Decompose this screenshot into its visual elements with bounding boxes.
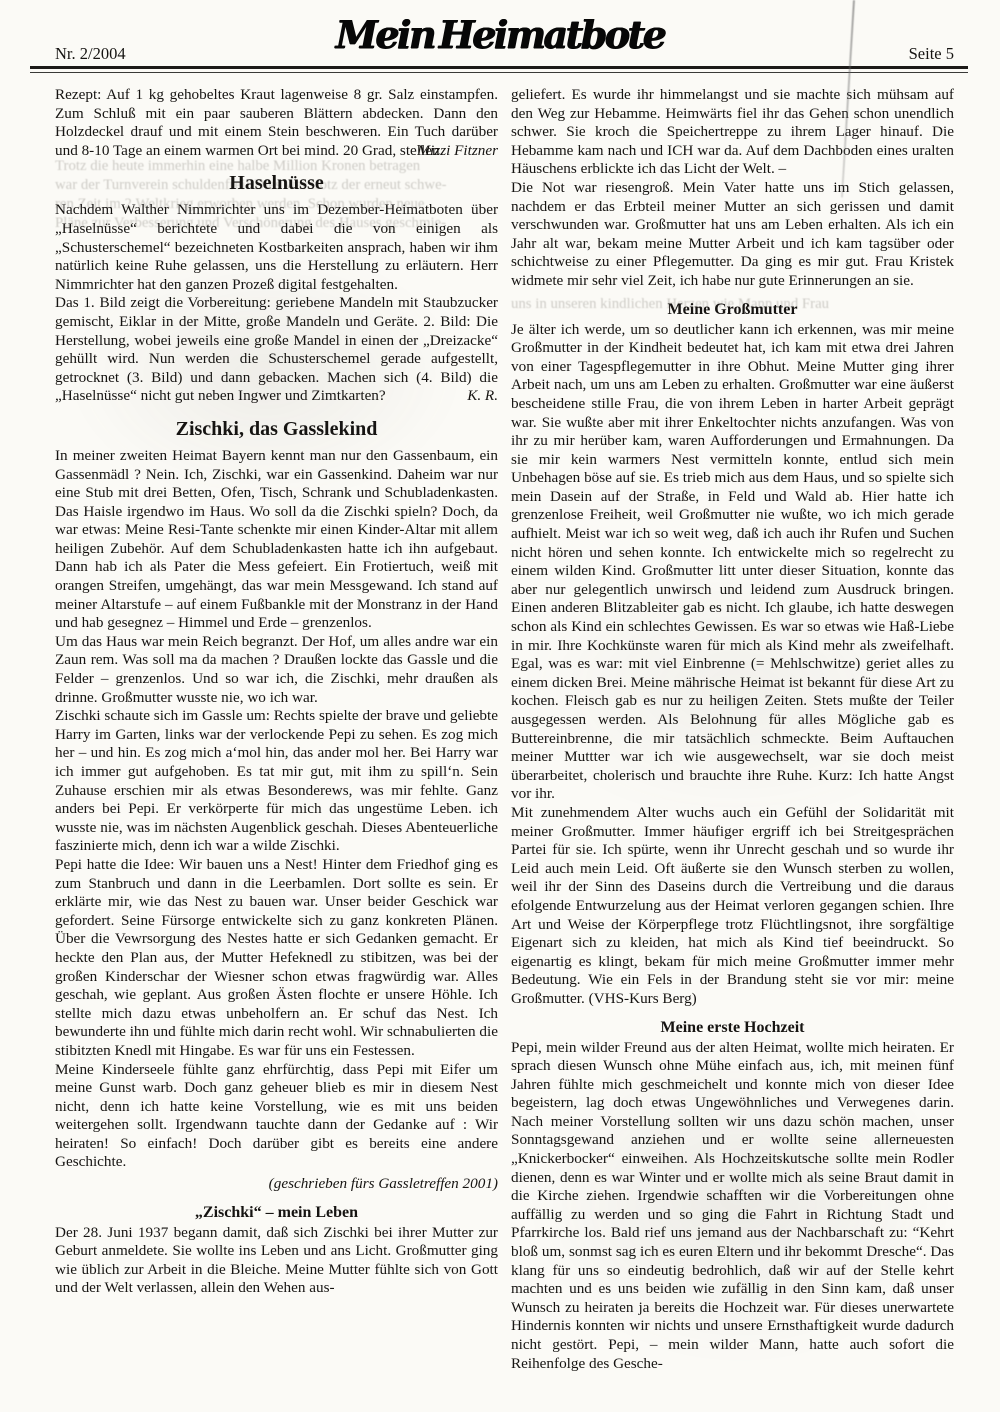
article-paragraph: Zischki schaute sich im Gassle um: Recht…	[55, 707, 498, 856]
header-rule-thick	[30, 66, 968, 69]
article-paragraph: geliefert. Es wurde ihr himmelangst und …	[511, 86, 954, 179]
section-heading-haselnuesse: Haselnüsse	[55, 171, 498, 195]
article-paragraph: Je älter ich werde, um so deutlicher kan…	[511, 321, 954, 804]
article-paragraph: Um das Haus war mein Reich begranzt. Der…	[55, 633, 498, 707]
right-column: geliefert. Es wurde ihr himmelangst und …	[511, 86, 954, 1402]
left-column: Rezept: Auf 1 kg gehobeltes Kraut lagenw…	[55, 86, 498, 1402]
article-paragraph: In meiner zweiten Heimat Bayern kennt ma…	[55, 447, 498, 633]
article-paragraph: Pepi, mein wilder Freund aus der alten H…	[511, 1039, 954, 1374]
article-paragraph: Die Not war riesengroß. Mein Vater hatte…	[511, 179, 954, 291]
section-heading-zischki-gasslekind: Zischki, das Gasslekind	[55, 417, 498, 441]
article-paragraph: Mit zunehmendem Alter wuchs auch ein Gef…	[511, 804, 954, 1009]
section-heading-meine-erste-hochzeit: Meine erste Hochzeit	[511, 1018, 954, 1037]
article-paragraph: Nachdem Walther Nimmrichter uns im Dezem…	[55, 201, 498, 294]
article-paragraph: Meine Kinderseele fühlte ganz ehrfürchti…	[55, 1061, 498, 1173]
author-byline: K. R.	[55, 387, 498, 406]
section-heading-meine-grossmutter: Meine Großmutter	[511, 300, 954, 319]
newspaper-page: Nr. 2/2004 Mein Heimatbote Seite 5 Rezep…	[0, 0, 1000, 1412]
author-byline: Mizzi Fitzner	[55, 142, 498, 161]
article-paragraph: Pepi hatte die Idee: Wir bauen uns a Nes…	[55, 856, 498, 1061]
article-columns: Rezept: Auf 1 kg gehobeltes Kraut lagenw…	[55, 86, 953, 1402]
article-paragraph: Der 28. Juni 1937 begann damit, daß sich…	[55, 1224, 498, 1298]
section-heading-zischki-mein-leben: „Zischki“ – mein Leben	[55, 1203, 498, 1222]
page-number: Seite 5	[909, 44, 954, 64]
article-credit: (geschrieben fürs Gassletreffen 2001)	[55, 1175, 498, 1194]
header-rule-thin	[30, 72, 968, 73]
